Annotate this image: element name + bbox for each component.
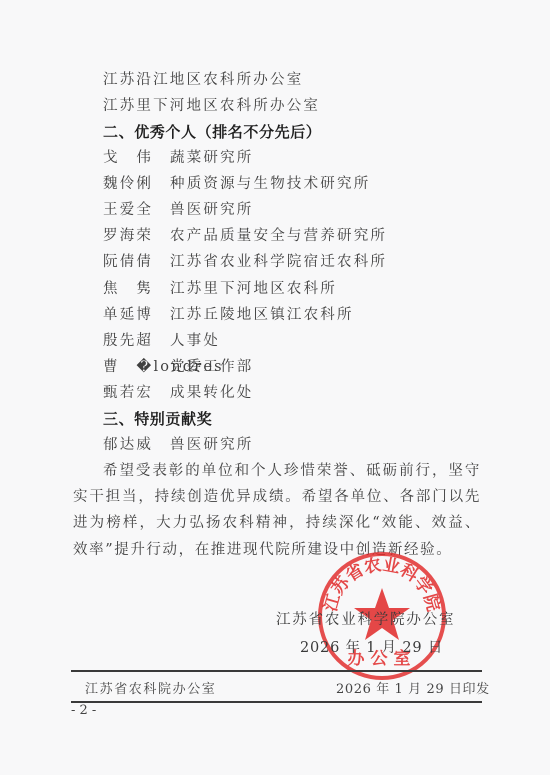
closing-paragraph: 希望受表彰的单位和个人珍惜荣誉、砥砺前行，坚守实干担当，持续创造优异成绩。希望各… bbox=[73, 458, 481, 563]
person-unit: 蔬菜研究所 bbox=[170, 150, 254, 166]
recipient-line: 江苏里下河地区农科所办公室 bbox=[103, 96, 320, 116]
document-page: 江苏沿江地区农科所办公室 江苏里下河地区农科所办公室 二、优秀个人（排名不分先后… bbox=[0, 0, 550, 775]
section-heading-special-award: 三、特别贡献奖 bbox=[103, 409, 212, 429]
person-name: 阮倩倩 bbox=[103, 252, 170, 272]
person-name: 甄若宏 bbox=[103, 383, 170, 403]
person-unit: 兽医研究所 bbox=[170, 202, 254, 218]
signature-date: 2026 年 1 月 29 日 bbox=[300, 636, 443, 657]
list-item: 郁达威兽医研究所 bbox=[103, 435, 254, 455]
person-unit: 江苏里下河地区农科所 bbox=[170, 281, 337, 297]
section-heading-individuals: 二、优秀个人（排名不分先后） bbox=[103, 122, 321, 142]
person-unit: 江苏省农业科学院宿迁农科所 bbox=[170, 254, 387, 270]
person-name: 戈 伟 bbox=[103, 148, 170, 168]
person-unit: 农产品质量安全与营养研究所 bbox=[170, 228, 387, 244]
list-item: 甄若宏成果转化处 bbox=[103, 383, 254, 403]
person-name: 郁达威 bbox=[103, 435, 170, 455]
person-unit: 兽医研究所 bbox=[170, 437, 254, 453]
person-name: 罗海荣 bbox=[103, 226, 170, 246]
list-item: 罗海荣农产品质量安全与营养研究所 bbox=[103, 226, 387, 246]
person-unit: 成果转化处 bbox=[170, 385, 254, 401]
footer-issuer: 江苏省农科院办公室 bbox=[85, 678, 216, 697]
footer-bottom-rule bbox=[71, 701, 482, 703]
person-name: 魏伶俐 bbox=[103, 174, 170, 194]
footer-issue-date: 2026 年 1 月 29 日印发 bbox=[336, 678, 490, 697]
signature-org: 江苏省农业科学院办公室 bbox=[276, 608, 455, 629]
list-item: 阮倩倩江苏省农业科学院宿迁农科所 bbox=[103, 252, 387, 272]
footer-top-rule bbox=[71, 670, 482, 672]
list-item: 戈 伟蔬菜研究所 bbox=[103, 148, 254, 168]
person-unit: 党委工作部 bbox=[170, 359, 254, 375]
list-item: 魏伶俐种质资源与生物技术研究所 bbox=[103, 174, 370, 194]
person-unit: 江苏丘陵地区镇江农科所 bbox=[170, 307, 354, 323]
page-number: - 2 - bbox=[71, 703, 96, 718]
list-item: 王爱全兽医研究所 bbox=[103, 200, 254, 220]
list-item: 单延博江苏丘陵地区镇江农科所 bbox=[103, 305, 354, 325]
person-name: 殷先超 bbox=[103, 331, 170, 351]
person-unit: 种质资源与生物技术研究所 bbox=[170, 176, 370, 192]
list-item: 殷先超人事处 bbox=[103, 331, 220, 351]
list-item: 曹 �londres党委工作部 bbox=[103, 357, 254, 377]
recipient-line: 江苏沿江地区农科所办公室 bbox=[103, 70, 303, 90]
person-unit: 人事处 bbox=[170, 333, 220, 349]
person-name: 曹 �londres bbox=[103, 357, 170, 377]
person-name: 王爱全 bbox=[103, 200, 170, 220]
person-name: 焦 隽 bbox=[103, 279, 170, 299]
person-name: 单延博 bbox=[103, 305, 170, 325]
list-item: 焦 隽江苏里下河地区农科所 bbox=[103, 279, 337, 299]
